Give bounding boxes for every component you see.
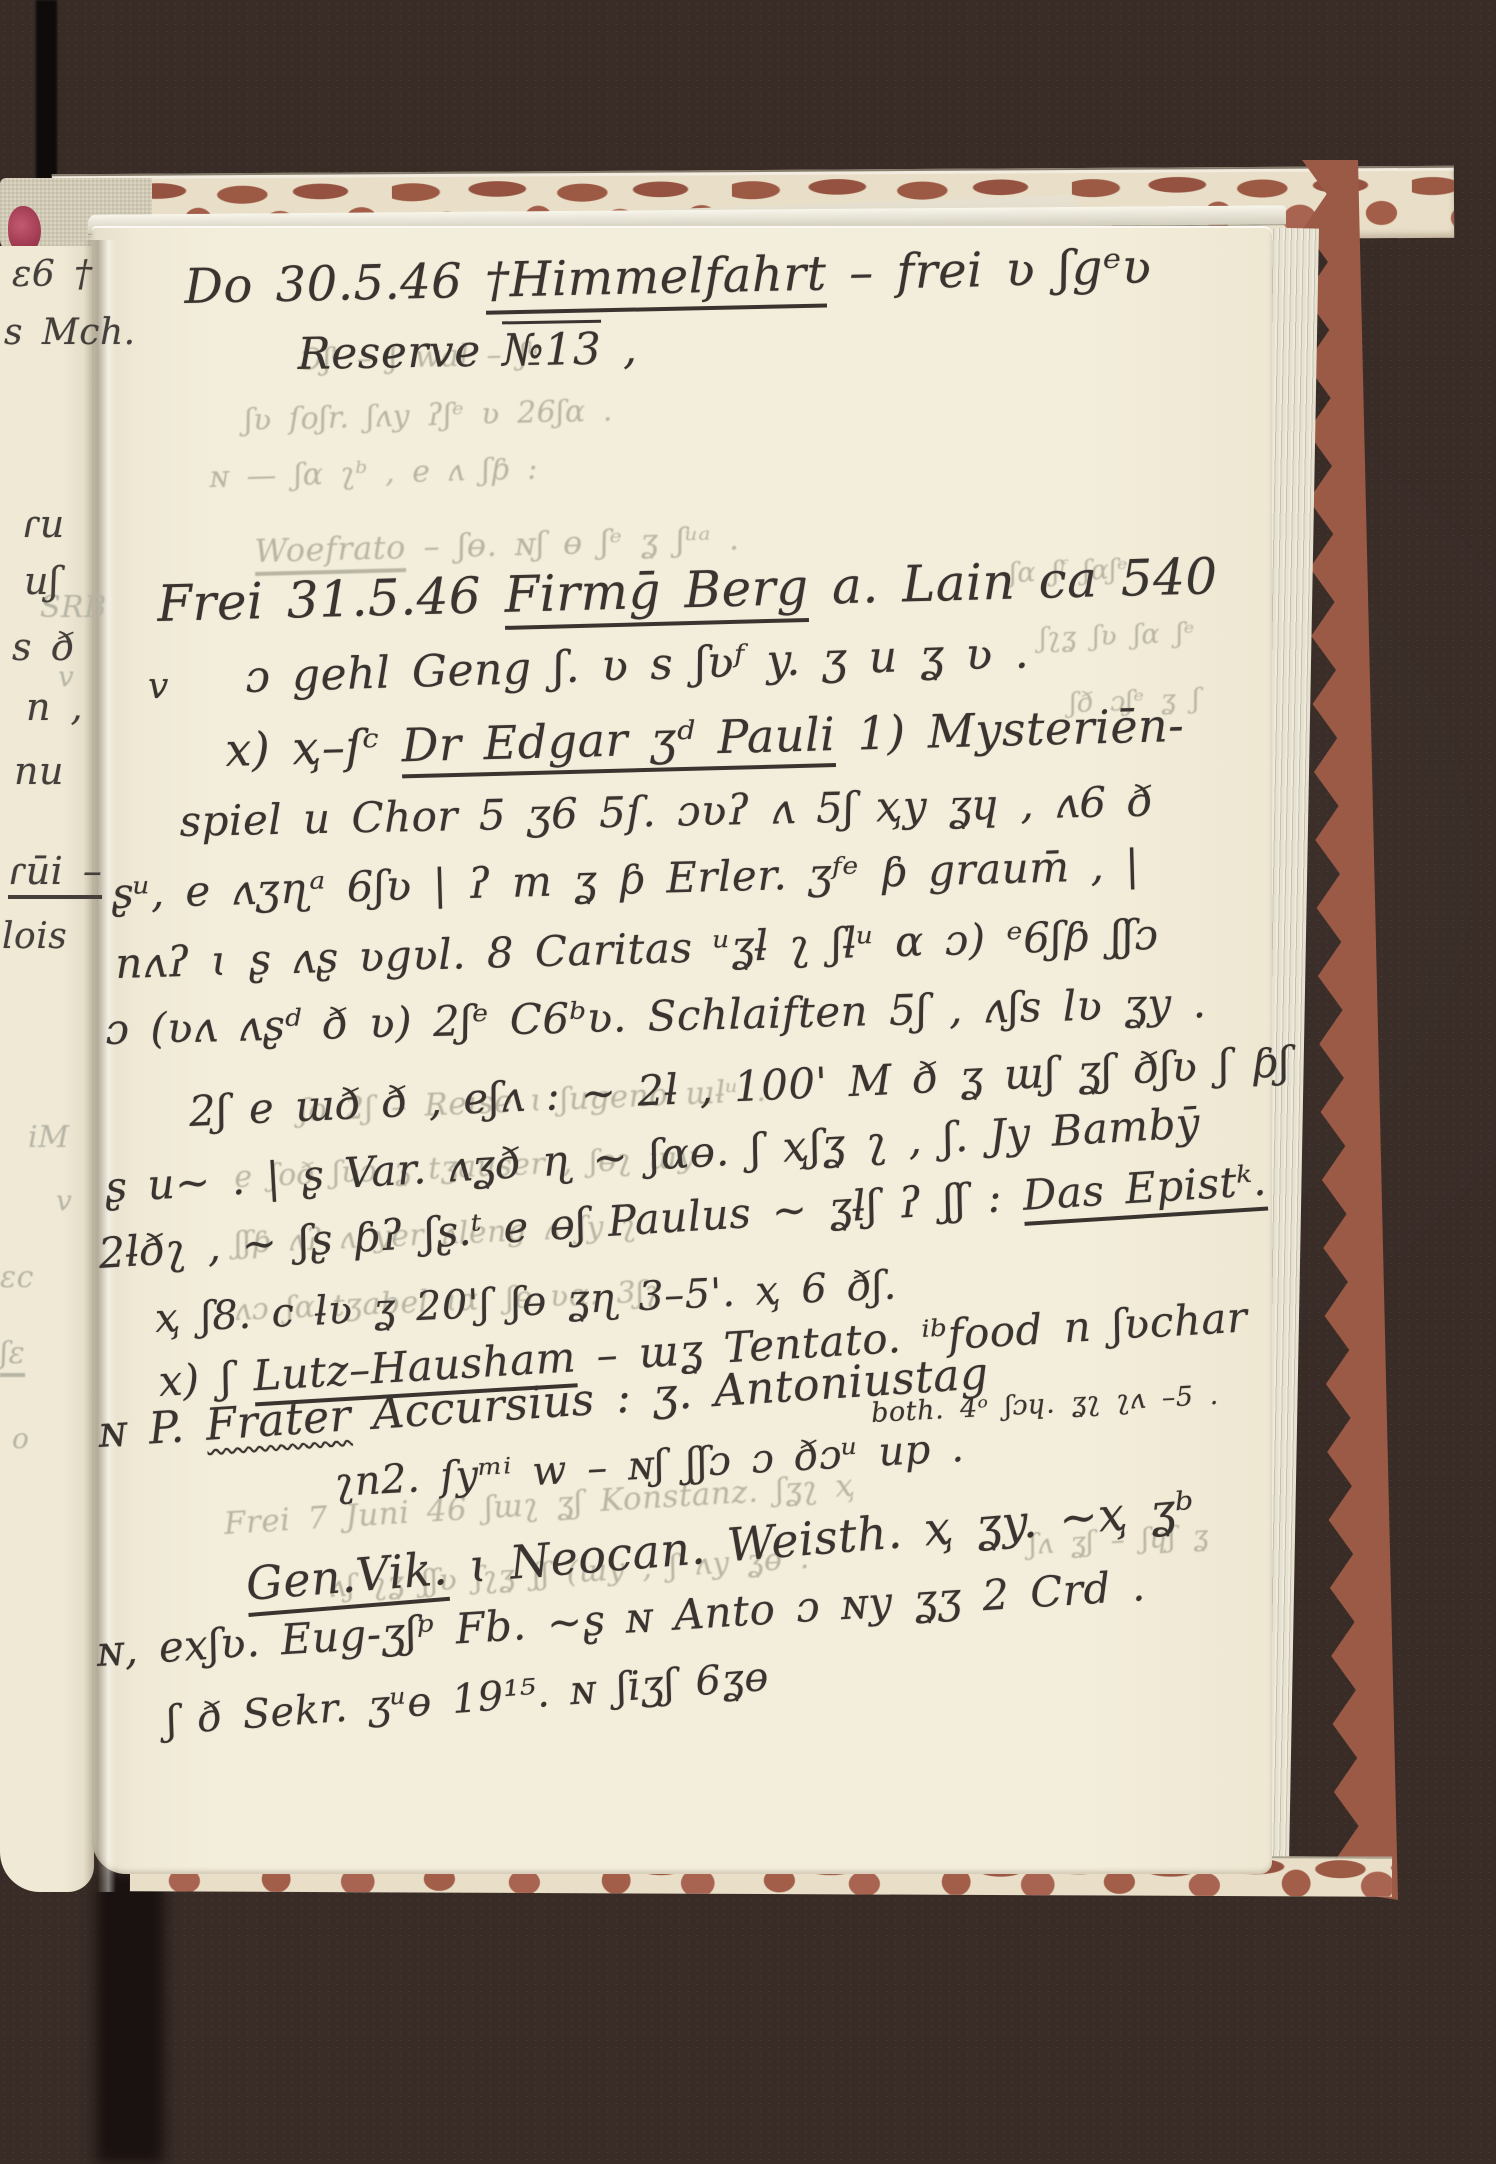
- underlined-text: Firmḡ Berg: [504, 558, 810, 630]
- ink-handwritten-line: nʌʔ ɩ ʂ ʌʂ ʋgʋl. 8 Caritas ᵘʓƚ ʅ ʃƚᵘ ɑ ɔ…: [115, 913, 1159, 986]
- ink-handwriting-layer: Do 30.5.46 †Himmelfahrt – frei ʋ ʃgᵉʋRes…: [0, 0, 1496, 2164]
- underlined-text: Gen.Vik.: [244, 1541, 450, 1617]
- text-segment: ɴ P.: [97, 1400, 208, 1458]
- text-segment: spiel u Chor 5 ʒ6 5ſ. ɔʋʔ ʌ 5ʃ ҳy ʓɥ , ʌ…: [179, 777, 1154, 846]
- text-segment: ɔ (ʋʌ ʌʂᵈ ð ʋ) 2ʃᵉ C6ᵇʋ. Schlaiften 5ʃ ,…: [105, 978, 1207, 1054]
- ink-handwritten-line: ɔ (ʋʌ ʌʂᵈ ð ʋ) 2ʃᵉ C6ᵇʋ. Schlaiften 5ʃ ,…: [105, 981, 1207, 1052]
- text-segment: ,: [601, 323, 638, 375]
- ink-handwritten-line: ʂᵘ, e ʌʒɳᵃ 6ʃʋ | ʔ m ʓ ƥ Erler. ʒᶠᵉ ƥ gr…: [111, 843, 1141, 916]
- text-segment: ʅn2. ſyᵐⁱ w – ɴʃ ʃʃɔ ɔ ðɔᵘ up .: [334, 1425, 966, 1506]
- text-segment: a. Lain ca 540: [808, 547, 1219, 616]
- ink-handwritten-line: Frei 31.5.46 Firmḡ Berg a. Lain ca 540: [157, 550, 1219, 630]
- text-segment: ɔ gehl Geng ʃ. ʋ s ʃʋᶠ y. ʒ u ʓ ʋ .: [244, 627, 1029, 703]
- underlined-text: Frater: [204, 1390, 353, 1451]
- text-segment: ʂᵘ, e ʌʒɳᵃ 6ʃʋ | ʔ m ʓ ƥ Erler. ʒᶠᵉ ƥ gr…: [111, 840, 1141, 918]
- text-segment: Do 30.5.46: [184, 253, 486, 315]
- ink-handwritten-line: Do 30.5.46 †Himmelfahrt – frei ʋ ʃgᵉʋ: [184, 242, 1152, 313]
- photographed-notebook-page: Ɔʃᵗ – ʃ wal – ʃᵘʃʋ ſoʃr. ʃʌy ʔʃᵉ ʋ 26ʃɑ …: [0, 0, 1496, 2164]
- underlined-text: †Himmelfahrt: [484, 246, 827, 315]
- text-segment: x) ҳ–ſᶜ: [225, 718, 403, 777]
- text-segment: 1) Mysteriēn-: [835, 698, 1185, 761]
- underlined-text: Das Epistᵏ.: [1021, 1156, 1268, 1226]
- underlined-text: №13: [502, 320, 602, 377]
- ink-handwritten-line: ʅn2. ſyᵐⁱ w – ɴʃ ʃʃɔ ɔ ðɔᵘ up .: [334, 1427, 966, 1504]
- ink-handwritten-line: Reserve №13 ,: [297, 326, 638, 378]
- text-segment: nʌʔ ɩ ʂ ʌʂ ʋgʋl. 8 Caritas ᵘʓƚ ʅ ʃƚᵘ ɑ ɔ…: [115, 910, 1159, 988]
- ink-handwritten-line: spiel u Chor 5 ʒ6 5ſ. ɔʋʔ ʌ 5ʃ ҳy ʓɥ , ʌ…: [179, 780, 1154, 844]
- text-segment: Frei 31.5.46: [157, 566, 506, 633]
- ink-handwritten-line: v: [148, 668, 169, 706]
- ink-handwritten-line: ʃ ð Sekr. ʒᵘɵ 19¹⁵. ɴ ʃiʒʃ 6ʓɵ: [165, 1656, 770, 1742]
- ink-handwritten-line: ɔ gehl Geng ʃ. ʋ s ʃʋᶠ y. ʒ u ʓ ʋ .: [245, 630, 1030, 701]
- ink-handwritten-line: x) ҳ–ſᶜ Dr Edgar ʒᵈ Pauli 1) Mysteriēn-: [225, 701, 1185, 774]
- text-segment: – frei ʋ ʃgᵉʋ: [826, 239, 1152, 302]
- text-segment: Reserve: [297, 325, 503, 380]
- text-segment: v: [148, 666, 169, 707]
- text-segment: ʃ ð Sekr. ʒᵘɵ 19¹⁵. ɴ ʃiʒʃ 6ʓɵ: [165, 1654, 771, 1744]
- underlined-text: Dr Edgar ʒᵈ Pauli: [401, 707, 836, 778]
